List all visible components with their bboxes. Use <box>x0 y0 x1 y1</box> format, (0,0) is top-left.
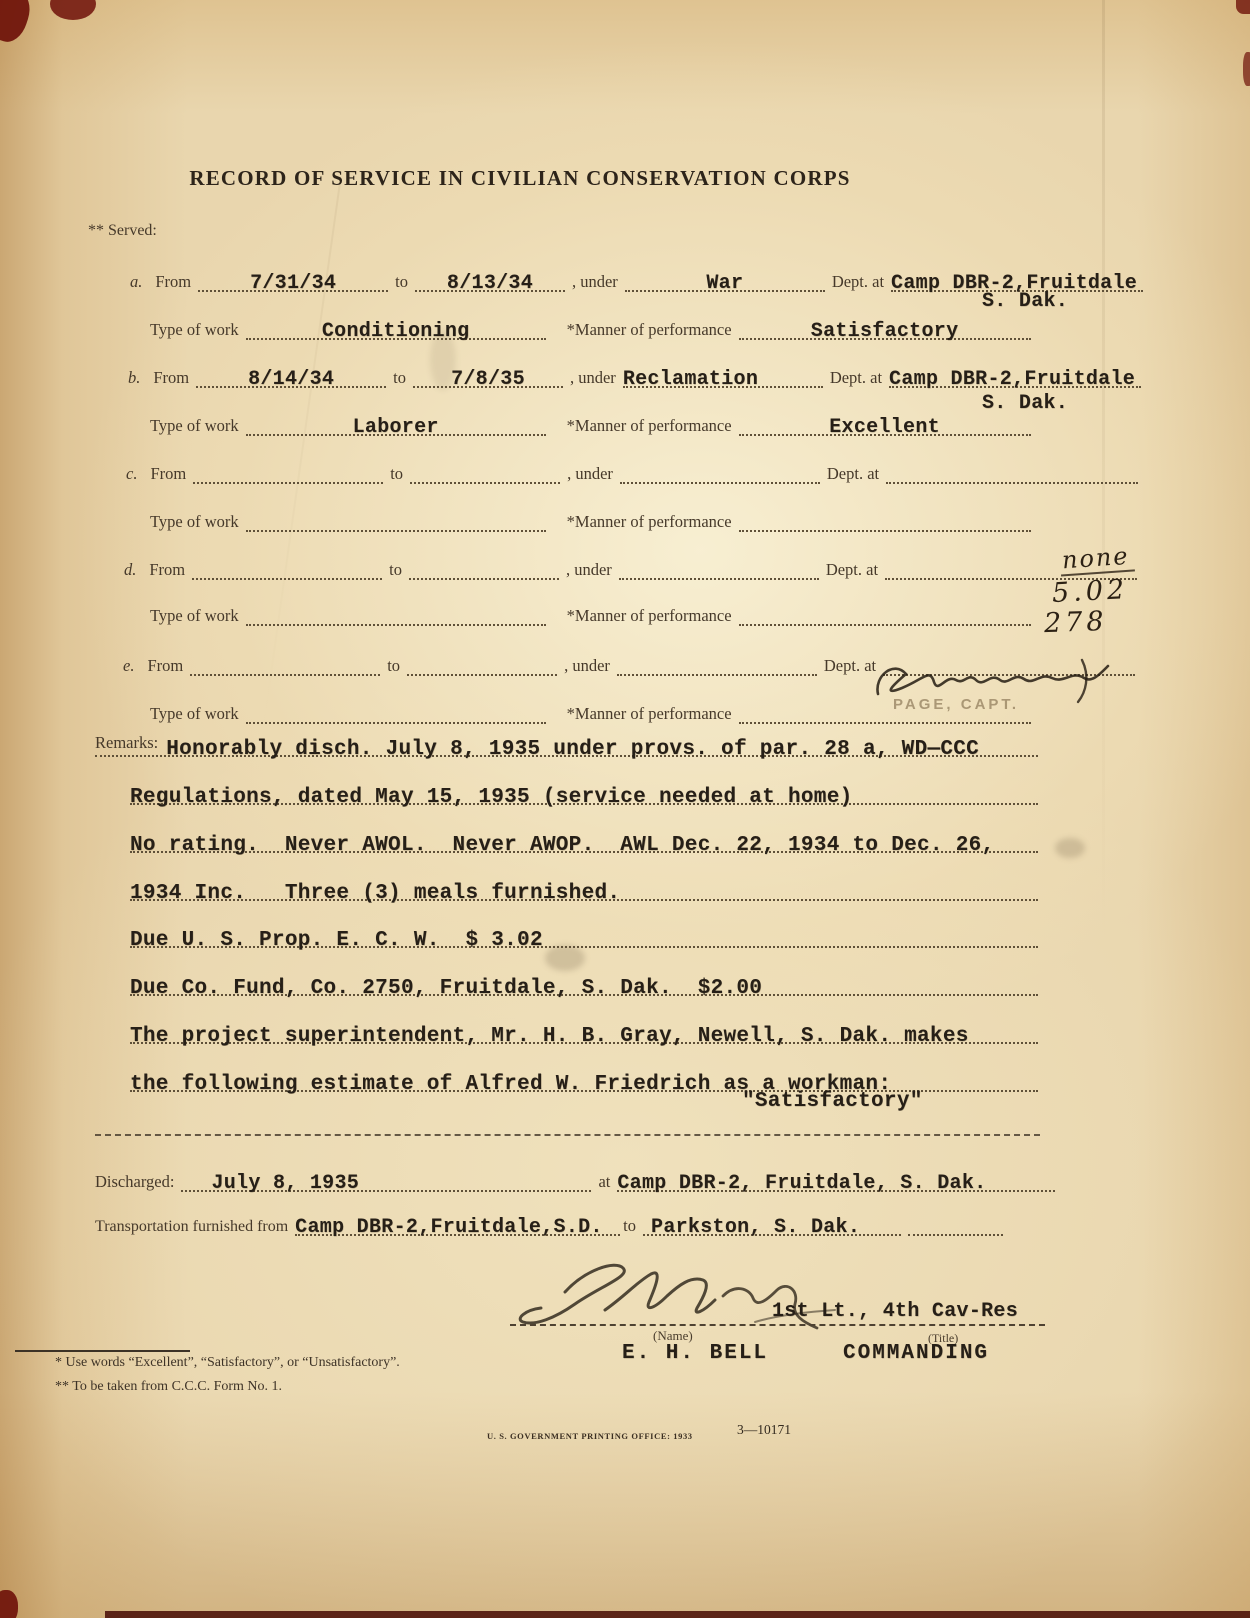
to-label: to <box>389 560 402 580</box>
transport-from-field: Camp DBR-2,Fruitdale,S.D. <box>295 1210 620 1236</box>
handwritten-none: none <box>1059 541 1134 576</box>
manner-label: *Manner of performance <box>567 606 732 626</box>
paper-stain <box>1243 52 1250 86</box>
remarks-line-1: Remarks: Honorably disch. July 8, 1935 u… <box>95 722 1038 757</box>
entry-a-under-field: War <box>625 266 825 292</box>
handwritten-amount-1: 5.02 <box>1051 574 1129 609</box>
discharged-date-field: July 8, 1935 <box>181 1166 591 1192</box>
signature-title-typed: 1st Lt., 4th Cav-Res <box>772 1300 1018 1323</box>
manner-label: *Manner of performance <box>567 320 732 340</box>
transport-trailing-field <box>908 1210 1003 1236</box>
entry-a-dept-line2: S. Dak. <box>982 290 1068 313</box>
entry-a-to-field: 8/13/34 <box>415 266 565 292</box>
remarks-line-4: 1934 Inc. Three (3) meals furnished. <box>130 866 1038 901</box>
from-label: From <box>149 560 185 580</box>
entry-e-to-field <box>407 650 557 676</box>
transportation-row: Transportation furnished from Camp DBR-2… <box>95 1210 1003 1236</box>
entry-c-line1: c. From to , under Dept. at <box>126 458 1138 484</box>
from-label: From <box>147 656 183 676</box>
remarks-line-3: No rating. Never AWOL. Never AWOP. AWL D… <box>130 818 1038 853</box>
entry-d-manner-field <box>739 600 1031 626</box>
remarks-line-5: Due U. S. Prop. E. C. W. $ 3.02 <box>130 913 1038 948</box>
entry-c-dept-field <box>886 458 1138 484</box>
entry-a-manner-field: Satisfactory <box>739 314 1031 340</box>
entry-a-from-field: 7/31/34 <box>198 266 388 292</box>
type-of-work-label: Type of work <box>150 606 239 626</box>
entry-e-letter: e. <box>123 656 134 676</box>
entry-d-to-field <box>409 554 559 580</box>
entry-e-under-field <box>617 650 817 676</box>
entry-d-type-field <box>246 600 546 626</box>
section-divider <box>95 1118 1040 1136</box>
entry-c-to-field <box>410 458 560 484</box>
entry-a-type-field: Conditioning <box>246 314 546 340</box>
under-label: , under <box>564 656 610 676</box>
dept-at-label: Dept. at <box>824 656 876 676</box>
entry-b-manner-field: Excellent <box>739 410 1031 436</box>
discharged-place-field: Camp DBR-2, Fruitdale, S. Dak. <box>617 1166 1055 1192</box>
form-title: RECORD OF SERVICE IN CIVILIAN CONSERVATI… <box>150 166 890 191</box>
entry-d-line1: d. From to , under Dept. at <box>124 554 1137 580</box>
entry-b-line1: b. From 8/14/34 to 7/8/35 , under Reclam… <box>128 362 1141 388</box>
footnote-1: * Use words “Excellent”, “Satisfactory”,… <box>55 1355 400 1371</box>
paper-stain <box>105 1611 1250 1618</box>
entry-e-type-field <box>246 698 546 724</box>
dept-at-label: Dept. at <box>827 464 879 484</box>
paper-stain <box>50 0 96 20</box>
entry-b-dept-field: Camp DBR-2,Fruitdale <box>889 362 1141 388</box>
entry-b-under-field: Reclamation <box>623 362 823 388</box>
to-label: to <box>395 272 408 292</box>
handwritten-amount-2: 278 <box>1043 606 1108 639</box>
form-number: 3—10171 <box>737 1422 791 1438</box>
footnote-separator <box>15 1350 190 1352</box>
entry-b-type-field: Laborer <box>246 410 546 436</box>
remarks-line-6: Due Co. Fund, Co. 2750, Fruitdale, S. Da… <box>130 961 1038 996</box>
entry-a-line2: Type of work Conditioning *Manner of per… <box>150 314 1031 340</box>
entry-d-under-field <box>619 554 819 580</box>
remarks-line-2: Regulations, dated May 15, 1935 (service… <box>130 770 1038 805</box>
at-label: at <box>598 1172 610 1192</box>
discharged-row: Discharged: July 8, 1935 at Camp DBR-2, … <box>95 1166 1055 1192</box>
type-of-work-label: Type of work <box>150 704 239 724</box>
to-label: to <box>393 368 406 388</box>
to-label: to <box>387 656 400 676</box>
from-label: From <box>153 368 189 388</box>
transport-to-label: to <box>623 1216 636 1236</box>
paper-stain <box>0 1590 18 1618</box>
served-label: ** Served: <box>88 222 157 240</box>
entry-c-letter: c. <box>126 464 137 484</box>
remarks-line-8: the following estimate of Alfred W. Frie… <box>130 1057 1038 1092</box>
entry-a-line1: a. From 7/31/34 to 8/13/34 , under War D… <box>130 266 1143 292</box>
entry-d-letter: d. <box>124 560 136 580</box>
paper-stain <box>1236 0 1250 14</box>
paper-smudge <box>1055 838 1085 858</box>
scanned-document-page: RECORD OF SERVICE IN CIVILIAN CONSERVATI… <box>0 0 1250 1618</box>
under-label: , under <box>567 464 613 484</box>
from-label: From <box>150 464 186 484</box>
entry-a-letter: a. <box>130 272 142 292</box>
under-label: , under <box>570 368 616 388</box>
gpo-imprint: U. S. GOVERNMENT PRINTING OFFICE: 1933 <box>487 1431 693 1441</box>
transportation-label: Transportation furnished from <box>95 1218 288 1236</box>
entry-a-dept-field: Camp DBR-2,Fruitdale <box>891 266 1143 292</box>
captain-stamp-text: PAGE, CAPT. <box>893 696 1019 713</box>
dept-at-label: Dept. at <box>826 560 878 580</box>
dept-at-label: Dept. at <box>832 272 884 292</box>
to-label: to <box>390 464 403 484</box>
signer-name-typed: E. H. BELL <box>622 1342 768 1365</box>
entry-b-letter: b. <box>128 368 140 388</box>
type-of-work-label: Type of work <box>150 512 239 532</box>
from-label: From <box>155 272 191 292</box>
type-of-work-label: Type of work <box>150 320 239 340</box>
entry-d-from-field <box>192 554 382 580</box>
dept-at-label: Dept. at <box>830 368 882 388</box>
commanding-typed: COMMANDING <box>843 1342 989 1365</box>
remarks-line-7: The project superintendent, Mr. H. B. Gr… <box>130 1009 1038 1044</box>
type-of-work-label: Type of work <box>150 416 239 436</box>
entry-d-line2: Type of work *Manner of performance <box>150 600 1031 626</box>
manner-label: *Manner of performance <box>567 512 732 532</box>
entry-e-from-field <box>190 650 380 676</box>
transport-to-field: Parkston, S. Dak. <box>643 1210 901 1236</box>
entry-c-type-field <box>246 506 546 532</box>
entry-c-from-field <box>193 458 383 484</box>
entry-c-manner-field <box>739 506 1031 532</box>
entry-b-from-field: 8/14/34 <box>196 362 386 388</box>
remarks-satisfactory: "Satisfactory" <box>742 1090 923 1113</box>
manner-label: *Manner of performance <box>567 704 732 724</box>
officer-signature <box>505 1252 885 1342</box>
entry-b-to-field: 7/8/35 <box>413 362 563 388</box>
manner-label: *Manner of performance <box>567 416 732 436</box>
under-label: , under <box>566 560 612 580</box>
entry-c-under-field <box>620 458 820 484</box>
remarks-label: Remarks: <box>95 733 158 753</box>
footnote-2: ** To be taken from C.C.C. Form No. 1. <box>55 1379 282 1395</box>
paper-stain <box>0 0 35 46</box>
entry-c-line2: Type of work *Manner of performance <box>150 506 1031 532</box>
entry-b-line2: Type of work Laborer *Manner of performa… <box>150 410 1031 436</box>
under-label: , under <box>572 272 618 292</box>
discharged-label: Discharged: <box>95 1172 174 1192</box>
